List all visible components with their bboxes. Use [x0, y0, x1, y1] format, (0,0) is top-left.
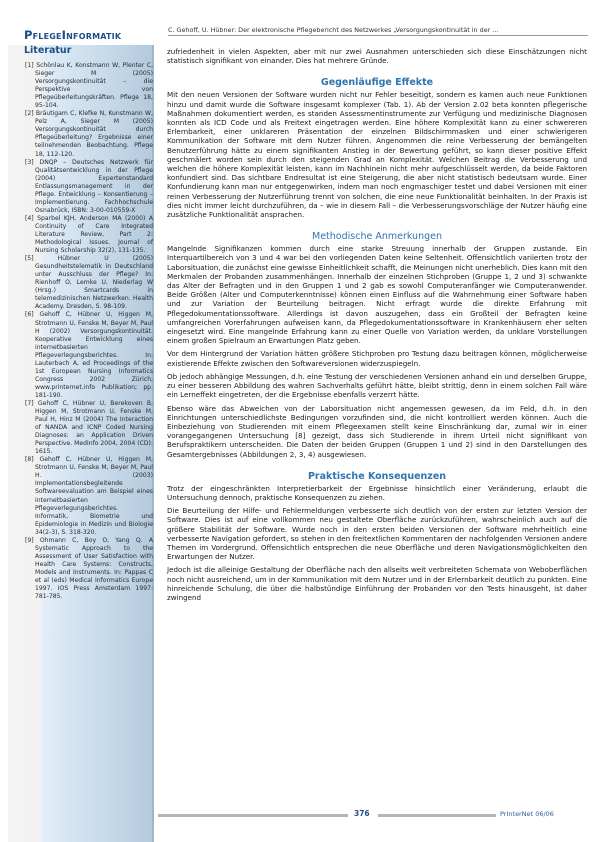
- literature-heading: Literatur: [24, 45, 71, 56]
- journal-brand: PflegeInformatik: [24, 28, 121, 42]
- body-paragraph: Ebenso wäre das Abweichen von der Labors…: [167, 404, 587, 459]
- journal-issue: PrInterNet 06/06: [500, 810, 554, 818]
- body-paragraph: Vor dem Hintergrund der Variation hätten…: [167, 349, 587, 367]
- reference-item: [9] Ohmann C, Boy O, Yang Q. A Systemati…: [25, 537, 153, 601]
- section-heading: Gegenläufige Effekte: [167, 77, 587, 89]
- reference-item: [7] Gehoff C, Hübner U, Berekoven B, Hig…: [25, 400, 153, 456]
- reference-item: [4] Sparbel KJH, Anderson MA (2000) A Co…: [25, 215, 153, 255]
- page-number: 376: [354, 809, 370, 818]
- main-text: zufriedenheit in vielen Aspekten, aber m…: [167, 47, 587, 606]
- intro-paragraph: zufriedenheit in vielen Aspekten, aber m…: [167, 47, 587, 65]
- reference-item: [2] Bräutigam C, Klefke N, Kunstmann W, …: [25, 110, 153, 158]
- reference-list: [1] Schönlau K, Konstmann W, Plenter C, …: [25, 62, 153, 601]
- running-head: C. Gehoff, U. Hübner: Der elektronische …: [168, 26, 588, 36]
- footer-rule-right: [378, 814, 496, 817]
- section-heading: Methodische Anmerkungen: [167, 231, 587, 243]
- body-paragraph: Ob jedoch abhängige Messungen, d.h. eine…: [167, 372, 587, 400]
- reference-item: [6] Gehoff C, Hübner U, Higgen M, Strotm…: [25, 311, 153, 400]
- section-heading: Praktische Konsequenzen: [167, 471, 587, 483]
- reference-item: [5] Hübner U (2005) Gesundheitstelematik…: [25, 255, 153, 311]
- body-paragraph: Mit den neuen Versionen der Software wur…: [167, 90, 587, 219]
- body-paragraph: Die Beurteilung der Hilfe- und Fehlermel…: [167, 506, 587, 561]
- reference-item: [1] Schönlau K, Konstmann W, Plenter C, …: [25, 62, 153, 110]
- reference-item: [8] Gehoff C, Hübner U, Higgen M, Strotm…: [25, 456, 153, 536]
- body-paragraph: Trotz der eingeschränkten Interpretierba…: [167, 484, 587, 502]
- reference-item: [3] DNQP – Deutsches Netzwerk für Qualit…: [25, 159, 153, 215]
- footer-rule-left: [158, 814, 348, 817]
- body-paragraph: Jedoch ist die alleinige Gestaltung der …: [167, 565, 587, 602]
- body-paragraph: Mangelnde Signifikanzen kommen durch ein…: [167, 244, 587, 345]
